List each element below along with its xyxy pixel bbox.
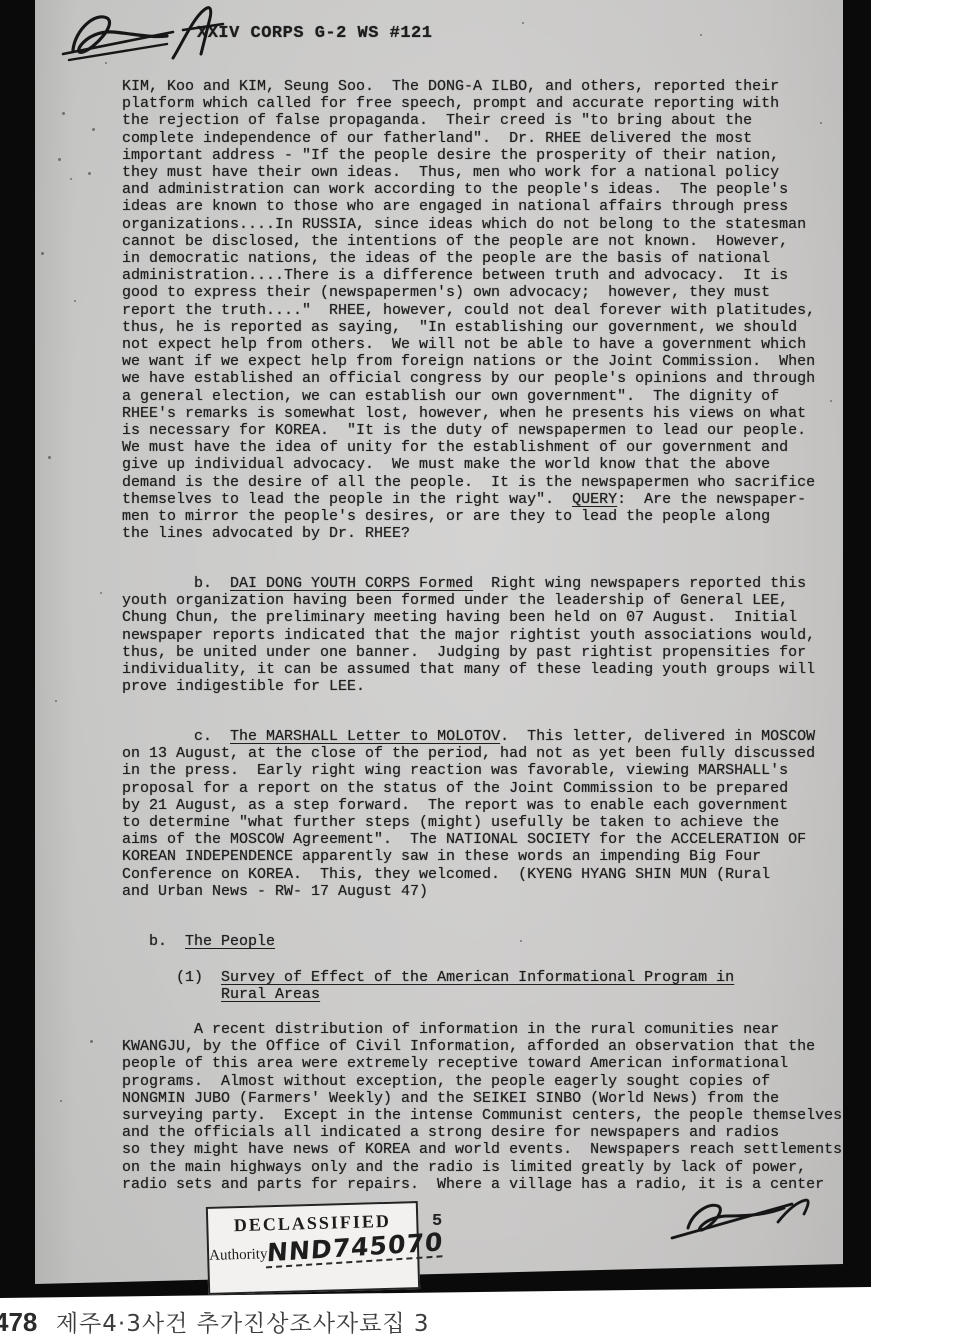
paper-speckle: [820, 122, 822, 124]
typed-line: the rejection of false propaganda. Their…: [122, 112, 815, 129]
typed-line: prove indigestible for LEE.: [122, 678, 815, 695]
typed-line: the lines advocated by Dr. RHEE?: [122, 525, 815, 542]
paragraph-dai-dong-youth-corps: b. DAI DONG YOUTH CORPS Formed Right win…: [122, 575, 815, 695]
typed-line: thus, he is reported as saying, "In esta…: [122, 319, 815, 336]
paper-speckle: [92, 128, 95, 131]
typed-line: A recent distribution of information in …: [122, 1021, 842, 1038]
typed-line: and the officials all indicated a strong…: [122, 1124, 842, 1141]
typed-line: We must have the idea of unity for the e…: [122, 439, 815, 456]
paper-speckle: [522, 22, 524, 24]
paper-speckle: [90, 1040, 93, 1043]
paper-speckle: [88, 172, 91, 175]
typed-line: in democratic nations, the ideas of the …: [122, 250, 815, 267]
paper-speckle: [41, 252, 44, 255]
paper-speckle: [700, 34, 702, 36]
typed-line: Rural Areas: [122, 986, 734, 1003]
typed-line: complete independence of our fatherland"…: [122, 130, 815, 147]
paper-speckle: [520, 940, 522, 942]
book-page-number: 478: [0, 1307, 37, 1336]
paper-speckle: [74, 300, 76, 302]
paragraph-survey-body: A recent distribution of information in …: [122, 1021, 842, 1193]
typed-line: proposal for a report on the status of t…: [122, 780, 815, 797]
typed-line: youth organization having been formed un…: [122, 592, 815, 609]
typed-line: c. The MARSHALL Letter to MOLOTOV. This …: [122, 728, 815, 745]
typed-line: newspaper reports indicated that the maj…: [122, 627, 815, 644]
typed-line: b. DAI DONG YOUTH CORPS Formed Right win…: [122, 575, 815, 592]
typed-line: individuality, it can be assumed that ma…: [122, 661, 815, 678]
paper-speckle: [830, 400, 832, 402]
typed-line: administration....There is a difference …: [122, 267, 815, 284]
typed-line: KWANGJU, by the Office of Civil Informat…: [122, 1038, 842, 1055]
typed-line: Chung Chun, the preliminary meeting havi…: [122, 609, 815, 626]
paper-speckle: [48, 456, 51, 459]
declassified-stamp: DECLASSIFIED AuthorityNND745070: [206, 1201, 420, 1295]
typed-line: we have established an official congress…: [122, 370, 815, 387]
typed-line: on 13 August, at the close of the period…: [122, 745, 815, 762]
typed-line: we want if we expect help from foreign n…: [122, 353, 815, 370]
typed-line: important address - "If the people desir…: [122, 147, 815, 164]
typed-line: and administration can work according to…: [122, 181, 815, 198]
typed-line: in the press. Early right wing reaction …: [122, 762, 815, 779]
typed-line: KIM, Koo and KIM, Seung Soo. The DONG-A …: [122, 78, 815, 95]
typed-line: not expect help from others. We will not…: [122, 336, 815, 353]
typed-line: so they might have news of KOREA and wor…: [122, 1141, 842, 1158]
typed-line: aims of the MOSCOW Agreement". The NATIO…: [122, 831, 815, 848]
typed-line: on the main highways only and the radio …: [122, 1159, 842, 1176]
handwritten-secret-crossed-out-bottom: [660, 1188, 820, 1246]
typed-line: b. The People: [122, 933, 275, 950]
paper-speckle: [58, 158, 61, 161]
typed-line: men to mirror the people's desires, or a…: [122, 508, 815, 525]
typed-line: RHEE's remarks is somewhat lost, however…: [122, 405, 815, 422]
paper-speckle: [55, 700, 57, 702]
typed-line: cannot be disclosed, the intentions of t…: [122, 233, 815, 250]
stamp-authority-number: NND745070: [266, 1229, 444, 1268]
heading-the-people: b. The People: [122, 933, 275, 950]
typed-line: by 21 August, as a step forward. The rep…: [122, 797, 815, 814]
typed-line: surveying party. Except in the intense C…: [122, 1107, 842, 1124]
typed-line: themselves to lead the people in the rig…: [122, 491, 815, 508]
typed-line: NONGMIN JUBO (Farmers' Weekly) and the S…: [122, 1090, 842, 1107]
typed-line: organizations....In RUSSIA, since ideas …: [122, 216, 815, 233]
paper-speckle: [100, 592, 102, 594]
typed-line: Conference on KOREA. This, they welcomed…: [122, 866, 815, 883]
typed-line: is necessary for KOREA. "It is the duty …: [122, 422, 815, 439]
typed-line: to determine "what further steps (might)…: [122, 814, 815, 831]
paragraph-press-continuation: KIM, Koo and KIM, Seung Soo. The DONG-A …: [122, 78, 815, 542]
typed-line: demand is the desire of all the people. …: [122, 474, 815, 491]
book-title: 제주4·3사건 추가진상조사자료집 3: [56, 1305, 430, 1336]
typed-line: report the truth...." RHEE, however, cou…: [122, 302, 815, 319]
typed-line: give up individual advocacy. We must mak…: [122, 456, 815, 473]
paper-speckle: [62, 112, 65, 115]
handwritten-secret-crossed-out-top: [55, 2, 275, 68]
typed-line: and Urban News - RW- 17 August 47): [122, 883, 815, 900]
paper-speckle: [70, 178, 72, 180]
typed-line: good to express their (newspapermen's) o…: [122, 284, 815, 301]
typed-line: people of this area were extremely recep…: [122, 1055, 842, 1072]
book-caption: 478 제주4·3사건 추가진상조사자료집 3: [0, 1305, 430, 1336]
typed-line: they must have their own ideas. Thus, me…: [122, 164, 815, 181]
typed-text-layer: KIM, Koo and KIM, Seung Soo. The DONG-A …: [0, 0, 871, 1292]
typed-line: thus, be united under one banner. Judgin…: [122, 644, 815, 661]
typed-line: (1) Survey of Effect of the American Inf…: [122, 969, 734, 986]
stamp-authority-label: Authority: [209, 1246, 268, 1264]
typed-line: ideas are known to those who are engaged…: [122, 198, 815, 215]
typed-line: programs. Almost without exception, the …: [122, 1073, 842, 1090]
typed-line: platform which called for free speech, p…: [122, 95, 815, 112]
heading-survey-rural-areas: (1) Survey of Effect of the American Inf…: [122, 969, 734, 1003]
paper-speckle: [60, 1100, 62, 1102]
typed-line: a general election, we can establish our…: [122, 388, 815, 405]
stamp-authority-row: AuthorityNND745070: [209, 1233, 418, 1267]
paragraph-marshall-letter: c. The MARSHALL Letter to MOLOTOV. This …: [122, 728, 815, 900]
typed-line: KOREAN INDEPENDENCE apparently saw in th…: [122, 848, 815, 865]
